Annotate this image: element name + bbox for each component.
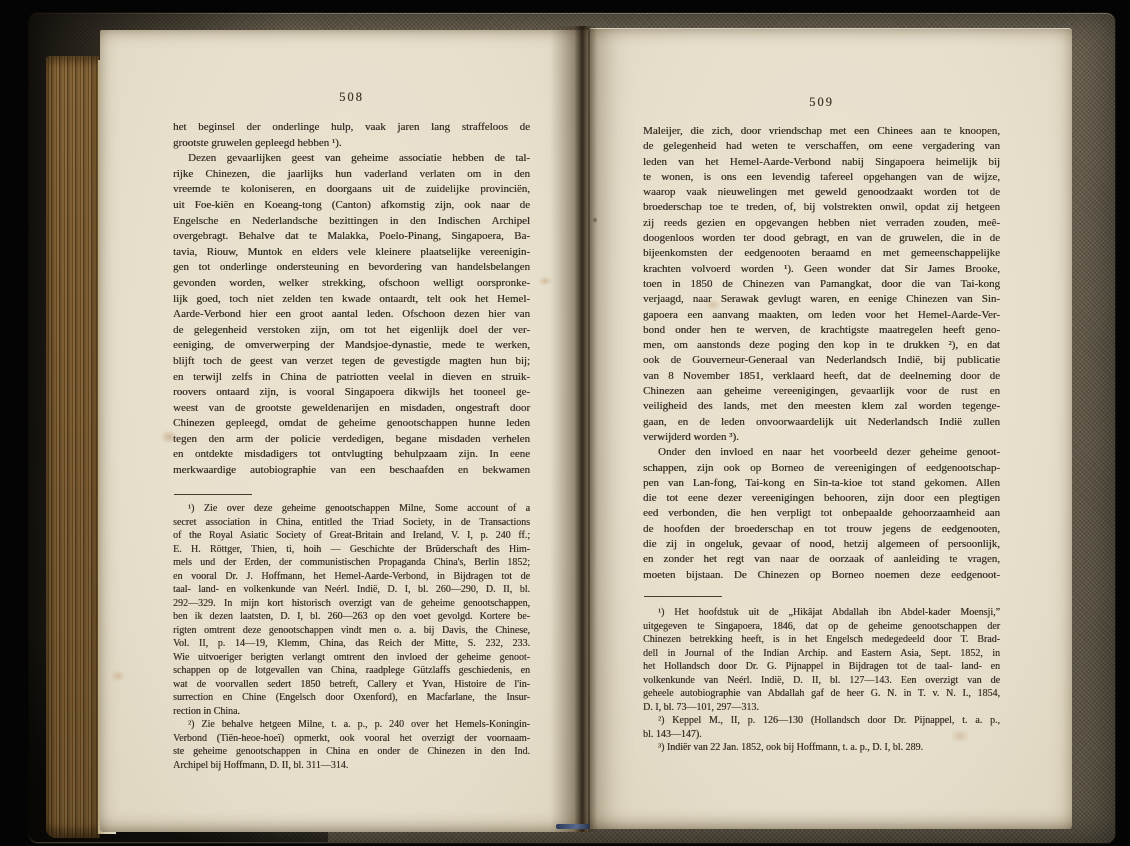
text-line: grootste gruwelen gepleegd hebben ¹). <box>173 136 530 152</box>
text-line: dell in Journal of the Indian Archip. an… <box>643 647 1000 661</box>
text-line: ben ik dezen laatsten, D. I, bl. 260—263… <box>173 610 530 624</box>
text-line: ste geheime genootschappen in China en o… <box>173 745 530 759</box>
text-line: gapoera een aanvang maakten, om leden vo… <box>643 308 1000 323</box>
text-line: van 8 November 1851, verklaard heeft, da… <box>643 369 1000 384</box>
text-line: en vooral Dr. J. Hoffmann, het Hemel-Aar… <box>173 570 530 584</box>
text-line: roovers ontaard zijn, is vooral Singapoe… <box>173 385 530 401</box>
text-line: veiligheid des lands, met den meesten kl… <box>643 399 1000 414</box>
text-line: ³) Indiër van 22 Jan. 1852, ook bij Hoff… <box>643 741 1000 755</box>
left-page-footnotes: ¹) Zie over deze geheime genootschappen … <box>173 502 530 772</box>
text-line: verjaagd, naar Serawak gevlugt waren, en… <box>643 292 1000 307</box>
text-line: de gelegenheid had weten te verschaffen,… <box>643 139 1000 154</box>
text-line: men, om aanstonds deze poging den kop in… <box>643 338 1000 353</box>
text-line: merkwaardige autobiographie van een besc… <box>173 463 530 479</box>
text-line: gen tot onderlinge ondersteuning en bevo… <box>173 260 530 276</box>
headband <box>556 824 590 829</box>
text-line: Chinezen gepleegd, omdat de geheime geno… <box>173 416 530 432</box>
text-line: Dezen gevaarlijken geest van geheime ass… <box>173 151 530 167</box>
text-line: rigten omtrent deze genootschappen vindt… <box>173 624 530 638</box>
text-line: rijke Chinezen, die jaarlijks hun vaderl… <box>173 167 530 183</box>
text-line: of the Royal Asiatic Society of Great-Br… <box>173 529 530 543</box>
text-line: eed verbonden, die hen verpligt tot onbe… <box>643 506 1000 521</box>
text-line: de gelegenheid verstoken zijn, om tot he… <box>173 323 530 339</box>
text-line: bond onder hen te werven, de krachtigste… <box>643 323 1000 338</box>
text-line: en zonder het regt van naar de oorzaak o… <box>643 552 1000 567</box>
text-line: Vol. II, p. 14—19, Klemm, China, das Rei… <box>173 637 530 651</box>
text-line: de hoofden der broederschap en tot trouw… <box>643 522 1000 537</box>
text-line: rection in China. <box>173 705 530 719</box>
text-line: bl. 143—147). <box>643 728 1000 742</box>
right-page: 509 Maleijer, die zich, door vriendschap… <box>590 28 1072 829</box>
text-line: moeten bijstaan. De Chinezen op Borneo n… <box>643 568 1000 583</box>
page-number-right: 509 <box>643 95 1000 110</box>
text-line: ook de Gouverneur-Generaal van Nederland… <box>643 353 1000 368</box>
text-line: 292—329. In mijn kort historisch overzig… <box>173 597 530 611</box>
text-line: eeniging, de omverwerping der Mandsjoe-d… <box>173 338 530 354</box>
text-line: gaan, en de leden onvoorwaardelijk uit N… <box>643 415 1000 430</box>
right-page-footnotes: ¹) Het hoofdstuk uit de „Hikâjat Abdalla… <box>643 606 1000 755</box>
text-line: D. I, bl. 73—101, 297—313. <box>643 701 1000 715</box>
text-line: ¹) Zie over deze geheime genootschappen … <box>173 502 530 516</box>
text-line: uitgegeven te Singapoera, 1846, dat op d… <box>643 620 1000 634</box>
text-line: ²) Keppel M., II, p. 126—130 (Hollandsch… <box>643 714 1000 728</box>
text-line: Chinezen betrekking heeft, is in het Eng… <box>643 633 1000 647</box>
text-line: bijeenkomsten der eedgenooten beraamd en… <box>643 246 1000 261</box>
text-line: lijk goed, toch niet zelden ten kwade on… <box>173 292 530 308</box>
text-line: weest van de grootste geweldenarijen en … <box>173 401 530 417</box>
text-line: krachten volvoerd worden ¹). Geen wonder… <box>643 262 1000 277</box>
text-line: Engelsche en Nederlandsche bezittingen i… <box>173 214 530 230</box>
foxing-spot <box>538 276 552 286</box>
text-line: mels und der Erden, der communistischen … <box>173 556 530 570</box>
left-page-main-text: het beginsel der onderlinge hulp, vaak j… <box>173 120 530 479</box>
text-line: Onder den invloed en naar het voorbeeld … <box>643 445 1000 460</box>
text-line: schappen, zijn ook op Borneo de vereenig… <box>643 461 1000 476</box>
text-line: E. H. Röttger, Thien, ti, hoih — Geschic… <box>173 543 530 557</box>
text-line: en terwijl zelfs in China de patriotten … <box>173 370 530 386</box>
text-line: pen van Lan-fong, Tai-kong en Sin-ta-kio… <box>643 476 1000 491</box>
text-line: blijft toch de geest van verzet tegen de… <box>173 354 530 370</box>
left-page: 508 het beginsel der onderlinge hulp, va… <box>100 30 588 832</box>
text-line: die zij in ongeluk, gevaar of nood, hetz… <box>643 537 1000 552</box>
text-line: surrection en Chine (Engelsch door Oxenf… <box>173 691 530 705</box>
text-line: vreemde te koloniseren, en doorgaans uit… <box>173 182 530 198</box>
text-line: Archipel bij Hoffmann, D. II, bl. 311—31… <box>173 759 530 773</box>
text-line: broederschap toe te treden, of, bij vols… <box>643 200 1000 215</box>
text-line: zij reeds gezien en opgevangen hebben ni… <box>643 216 1000 231</box>
text-line: Wie uitvoeriger berigten verlangt omtren… <box>173 651 530 665</box>
text-line: Verbond (Tiën-heoe-hoeï) opmerkt, ook vo… <box>173 732 530 746</box>
page-edges-stack <box>46 56 100 838</box>
text-line: geheele autobiographie van Abdallah gaf … <box>643 687 1000 701</box>
text-line: schappen op de lotgevallen van China, ra… <box>173 664 530 678</box>
right-page-main-text: Maleijer, die zich, door vriendschap met… <box>643 124 1000 583</box>
text-line: en ontdekte misdadigers tot ontvlugting … <box>173 447 530 463</box>
text-line: Aarde-Verbond hier een groot aantal lede… <box>173 307 530 323</box>
book-photo: 508 het beginsel der onderlinge hulp, va… <box>0 0 1130 846</box>
text-line: die tot eene dezer vereenigingen behoore… <box>643 491 1000 506</box>
text-line: tavia, Riouw, Muntok en elders vele klei… <box>173 245 530 261</box>
text-line: doogenloos worden ter dood gebragt, en v… <box>643 231 1000 246</box>
text-line: tegen den arm der policie verdedigen, be… <box>173 432 530 448</box>
foxing-spot <box>592 217 598 223</box>
text-line: volkenkunde van Neérl. Indië, D. II, bl.… <box>643 674 1000 688</box>
text-line: waarop vaak nieuwelingen met geweld geno… <box>643 185 1000 200</box>
foxing-spot <box>110 670 126 682</box>
text-line: leden van het Hemel-Aarde-Verbond nabij … <box>643 155 1000 170</box>
footnote-separator-right <box>644 596 722 597</box>
text-line: gevonden worden, welker strekking, ofsch… <box>173 276 530 292</box>
text-line: Maleijer, die zich, door vriendschap met… <box>643 124 1000 139</box>
text-line: toen in 1850 de Chinezen van Pamangkat, … <box>643 277 1000 292</box>
text-line: Chinezen aan geheime vereenigingen, geva… <box>643 384 1000 399</box>
page-number-left: 508 <box>173 90 530 105</box>
text-line: overgebragt. Behalve dat te Malakka, Poe… <box>173 229 530 245</box>
text-line: ¹) Het hoofdstuk uit de „Hikâjat Abdalla… <box>643 606 1000 620</box>
text-line: verwijderd worden ³). <box>643 430 1000 445</box>
text-line: te wonen, is ons een levendig tafereel o… <box>643 170 1000 185</box>
text-line: secret association in China, entitled th… <box>173 516 530 530</box>
text-line: wat de voorvallen sedert 1850 betreft, C… <box>173 678 530 692</box>
footnote-separator-left <box>174 494 252 495</box>
text-line: uit Foe-kiën en Koeang-tong (Canton) afk… <box>173 198 530 214</box>
text-line: het beginsel der onderlinge hulp, vaak j… <box>173 120 530 136</box>
text-line: ²) Zie behalve hetgeen Milne, t. a. p., … <box>173 718 530 732</box>
text-line: het Hollandsch door Dr. G. Pijnappel in … <box>643 660 1000 674</box>
text-line: taal- land- en volkenkunde van Neérl. In… <box>173 583 530 597</box>
